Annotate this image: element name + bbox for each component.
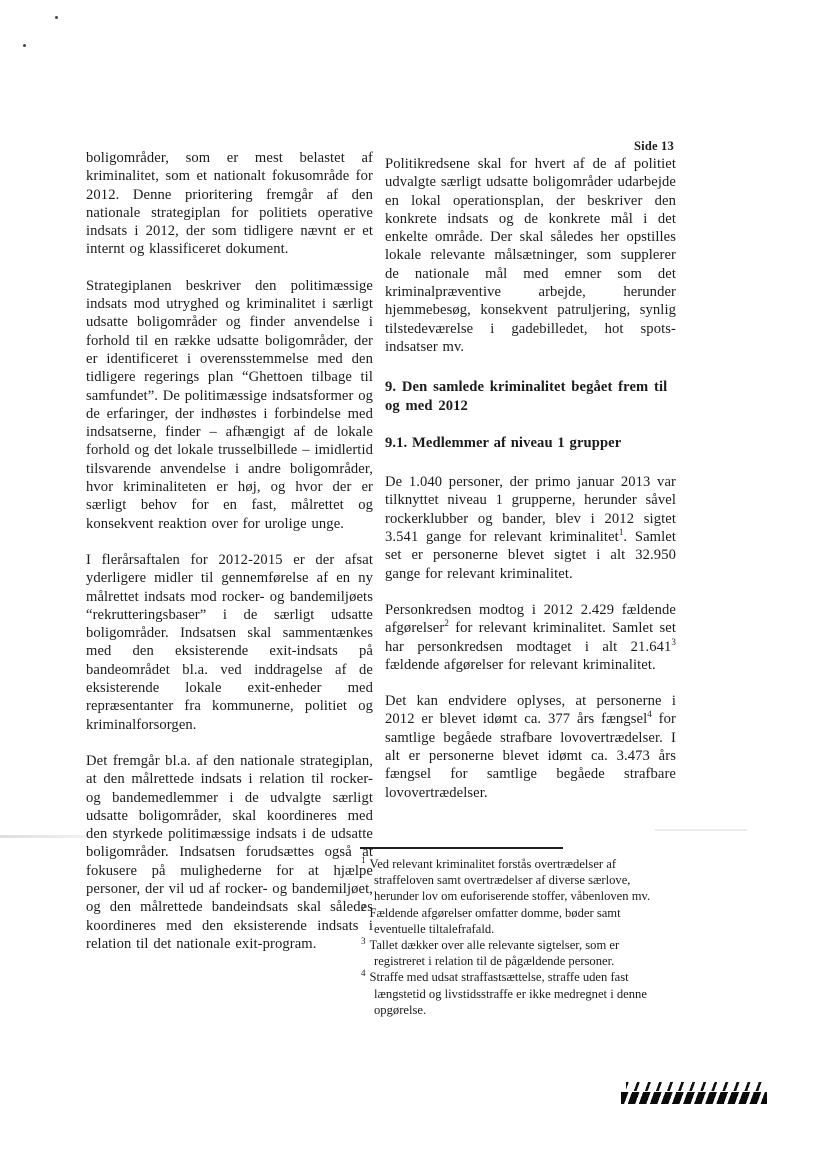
- footnote-marker: 4: [361, 968, 370, 978]
- footnote-marker: 2: [361, 903, 370, 913]
- footnote-separator: [360, 847, 563, 849]
- hatch-marks: [621, 1082, 767, 1104]
- paragraph-politikredsene: Politikredsene skal for hvert af de af p…: [385, 155, 676, 356]
- scan-artifact-dot: [23, 44, 26, 47]
- footnote-text: Straffe med udsat straffastsættelse, str…: [370, 970, 647, 1016]
- document-page: Side 13 boligområder, som er mest belast…: [0, 0, 828, 1169]
- footnote-3: 3Tallet dækker over alle relevante sigte…: [361, 937, 657, 969]
- hatch-row-thin: [626, 1082, 766, 1091]
- scan-artifact-line: [655, 829, 747, 831]
- footnote-4: 4Straffe med udsat straffastsættelse, st…: [361, 969, 657, 1018]
- hatch-row-thick: [621, 1092, 767, 1104]
- text-segment: Det kan endvidere oplyses, at personerne…: [385, 693, 676, 727]
- paragraph-boligomraader: boligområder, som er mest belastet af kr…: [86, 149, 373, 259]
- paragraph-strategiplanen: Strategiplanen beskriver den politimæssi…: [86, 277, 373, 533]
- paragraph-afgoerelser: Personkredsen modtog i 2012 2.429 fælden…: [385, 601, 676, 674]
- right-text-column: Politikredsene skal for hvert af de af p…: [385, 155, 676, 802]
- paragraph-national-strategiplan: Det fremgår bl.a. af den nationale strat…: [86, 752, 373, 953]
- footnote-1: 1Ved relevant kriminalitet forstås overt…: [361, 856, 657, 905]
- subsection-heading-9-1: 9.1. Medlemmer af niveau 1 grupper: [385, 434, 676, 452]
- footnote-ref-3: 3: [671, 637, 676, 647]
- page-number-label: Side 13: [634, 139, 674, 154]
- footnote-marker: 1: [361, 855, 370, 865]
- section-heading-9: 9. Den samlede kriminalitet begået frem …: [385, 378, 676, 415]
- footnote-2: 2Fældende afgørelser omfatter domme, bød…: [361, 905, 657, 937]
- footnote-marker: 3: [361, 936, 370, 946]
- paragraph-sigtelser: De 1.040 personer, der primo januar 2013…: [385, 473, 676, 583]
- scan-artifact-dot: [55, 16, 58, 19]
- paragraph-fleraarsaftalen: I flerårsaftalen for 2012-2015 er der af…: [86, 551, 373, 734]
- footnote-text: Tallet dækker over alle relevante sigtel…: [370, 938, 620, 968]
- paragraph-faengsel: Det kan endvidere oplyses, at personerne…: [385, 692, 676, 802]
- left-text-column: boligområder, som er mest belastet af kr…: [86, 149, 373, 953]
- footnote-text: Fældende afgørelser omfatter domme, bøde…: [370, 906, 621, 936]
- footnote-text: Ved relevant kriminalitet forstås overtr…: [370, 857, 651, 903]
- scan-artifact-line: [0, 835, 86, 838]
- footnotes-section: 1Ved relevant kriminalitet forstås overt…: [361, 856, 657, 1018]
- text-segment: fældende afgørelser for relevant krimina…: [385, 657, 656, 673]
